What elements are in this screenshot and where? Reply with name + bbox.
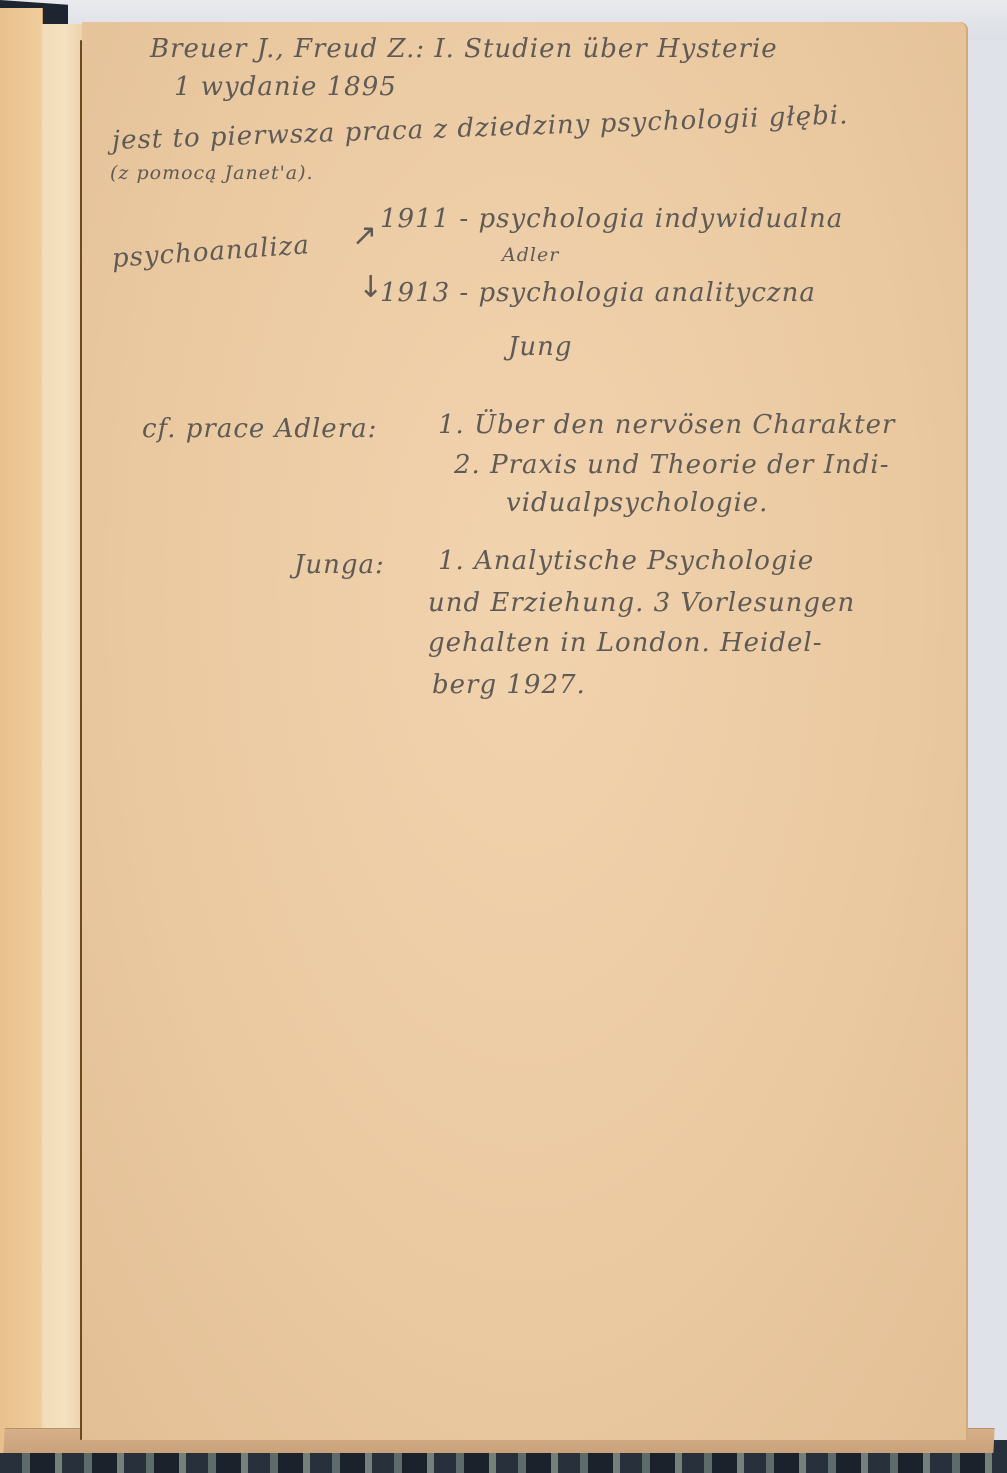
jung-item-1d: berg 1927. (432, 670, 586, 700)
jung-label: Junga: (294, 550, 385, 580)
note-line-3: jest to pierwsza praca z dziedziny psych… (111, 100, 848, 156)
adler-item-2a: 2. Praxis und Theorie der Indi- (454, 450, 890, 480)
branch-down: 1913 - psychologia analityczna (380, 278, 816, 308)
endpaper-page: Breuer J., Freud Z.: I. Studien über Hys… (82, 22, 966, 1440)
adler-item-1: 1. Über den nervösen Charakter (438, 410, 895, 440)
arrow-up-icon: ↗ (352, 218, 377, 253)
adler-item-2b: vidualpsychologie. (506, 488, 768, 518)
note-line-4: (z pomocą Janet'a). (110, 162, 314, 184)
branch-up-author: Adler (502, 244, 559, 266)
branch-root: psychoanaliza (111, 230, 311, 274)
adler-label: cf. prace Adlera: (142, 414, 377, 444)
left-flyleaf (0, 8, 43, 1453)
branch-down-author: Jung (508, 332, 573, 362)
note-line-2: 1 wydanie 1895 (174, 72, 397, 102)
gutter-strip (42, 24, 82, 1442)
branch-up: 1911 - psychologia indywidualna (380, 204, 843, 234)
jung-item-1b: und Erziehung. 3 Vorlesungen (428, 588, 855, 618)
note-line-1: Breuer J., Freud Z.: I. Studien über Hys… (150, 34, 778, 64)
gutter-crease (80, 40, 82, 1440)
jung-item-1a: 1. Analytische Psychologie (438, 546, 814, 576)
jung-item-1c: gehalten in London. Heidel- (428, 628, 823, 658)
